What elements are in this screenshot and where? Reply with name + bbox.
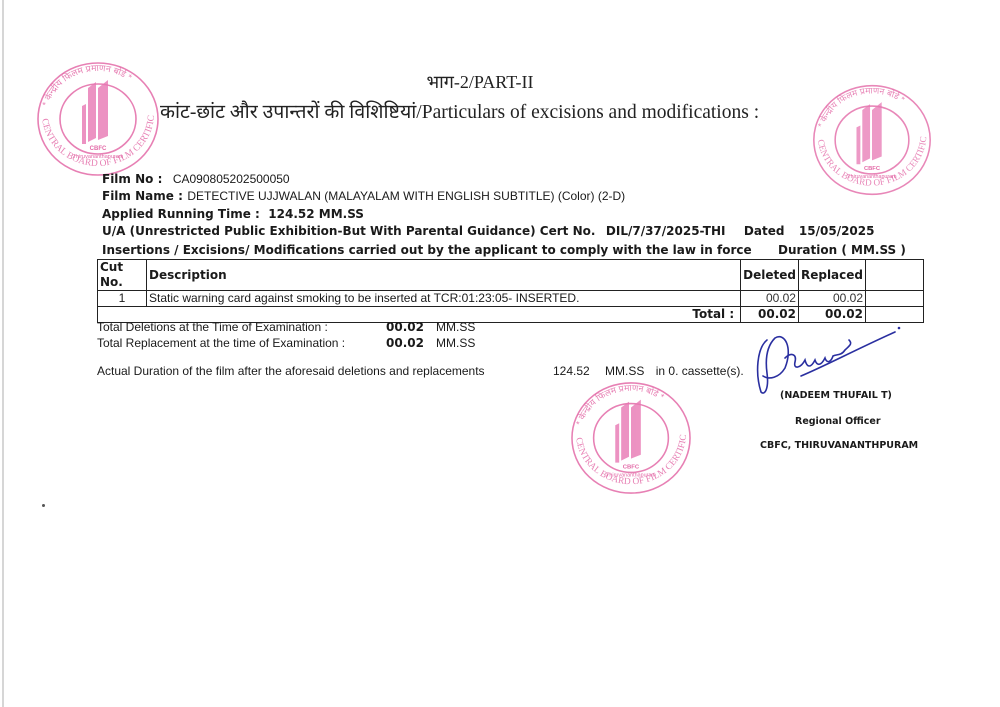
cell-replaced: 00.02 [798,291,865,307]
film-no-value: CA090805202500050 [173,172,290,186]
actual-duration-unit: MM.SS [605,364,644,378]
cell-cut-no: 1 [98,291,147,307]
signature-mark [745,318,905,398]
svg-text:CBFC: CBFC [864,166,881,172]
section-title: कांट-छांट और उपान्तरों की विशिष्टियां/Pa… [160,97,759,124]
film-no-line: Film No : CA090805202500050 [102,170,290,188]
col-description: Description [147,260,741,291]
total-deletions-value: 00.02 [386,320,424,334]
total-replacement-unit: MM.SS [436,336,475,350]
cell-empty [866,291,924,307]
modifications-heading: Insertions / Excisions/ Modifications ca… [102,243,752,257]
cell-description: Static warning card against smoking to b… [147,291,741,307]
signatory-office: CBFC, THIRUVANANTHPURAM [760,440,918,451]
col-deleted: Deleted [741,260,799,291]
svg-text:Thiruvananthapuram: Thiruvananthapuram [847,174,897,180]
cell-deleted: 00.02 [741,291,799,307]
running-time-label: Applied Running Time : [102,207,260,221]
running-time-value: 124.52 MM.SS [268,207,364,221]
cert-no-value: DIL/7/37/2025-THI [606,224,726,238]
film-no-label: Film No : [102,172,162,186]
total-replacement-value: 00.02 [386,336,424,350]
col-replaced: Replaced [798,260,865,291]
cbfc-stamp-right: * केन्द्रीय फिलम प्रमाणन बोर्ड * CENTRAL… [808,80,936,200]
actual-duration-label: Actual Duration of the film after the af… [97,364,485,378]
page-edge [2,0,4,707]
total-deletions-label: Total Deletions at the Time of Examinati… [97,320,328,334]
cuts-table: Cut No. Description Deleted Replaced 1 S… [97,259,924,323]
col-empty [866,260,924,291]
certificate-category: U/A (Unrestricted Public Exhibition-But … [102,224,595,238]
total-replacement-label: Total Replacement at the time of Examina… [97,336,345,350]
svg-text:CBFC: CBFC [90,146,107,152]
dated-label: Dated [744,224,785,238]
actual-duration-value: 124.52 [553,364,590,378]
table-row: 1 Static warning card against smoking to… [98,291,924,307]
total-deletions-unit: MM.SS [436,320,475,334]
svg-text:Thiruvananthapuram: Thiruvananthapuram [73,154,124,160]
film-name-line: Film Name : DETECTIVE UJJWALAN (MALAYALA… [102,187,625,205]
certificate-line: U/A (Unrestricted Public Exhibition-But … [102,222,874,240]
part-title: भाग-2/PART-II [0,70,960,94]
signatory-title: Regional Officer [795,416,881,427]
actual-duration-line: 124.52 MM.SS in 0. cassette(s). [553,364,744,378]
speck [42,504,45,507]
col-cut-no: Cut No. [98,260,147,291]
duration-heading: Duration ( MM.SS ) [778,243,906,257]
svg-text:Thiruvananthapuram: Thiruvananthapuram [606,472,656,478]
film-name-label: Film Name : [102,189,183,203]
dated-value: 15/05/2025 [799,224,875,238]
cassettes-text: in 0. cassette(s). [656,364,744,378]
svg-text:CBFC: CBFC [623,464,640,470]
running-time-line: Applied Running Time : 124.52 MM.SS [102,205,364,223]
table-header-row: Cut No. Description Deleted Replaced [98,260,924,291]
cbfc-stamp-bottom: * केन्द्रीय फिलम प्रमाणन बोर्ड * CENTRAL… [565,378,697,498]
signatory-name: (NADEEM THUFAIL T) [780,390,892,401]
film-name-value: DETECTIVE UJJWALAN (MALAYALAM WITH ENGLI… [187,189,625,203]
